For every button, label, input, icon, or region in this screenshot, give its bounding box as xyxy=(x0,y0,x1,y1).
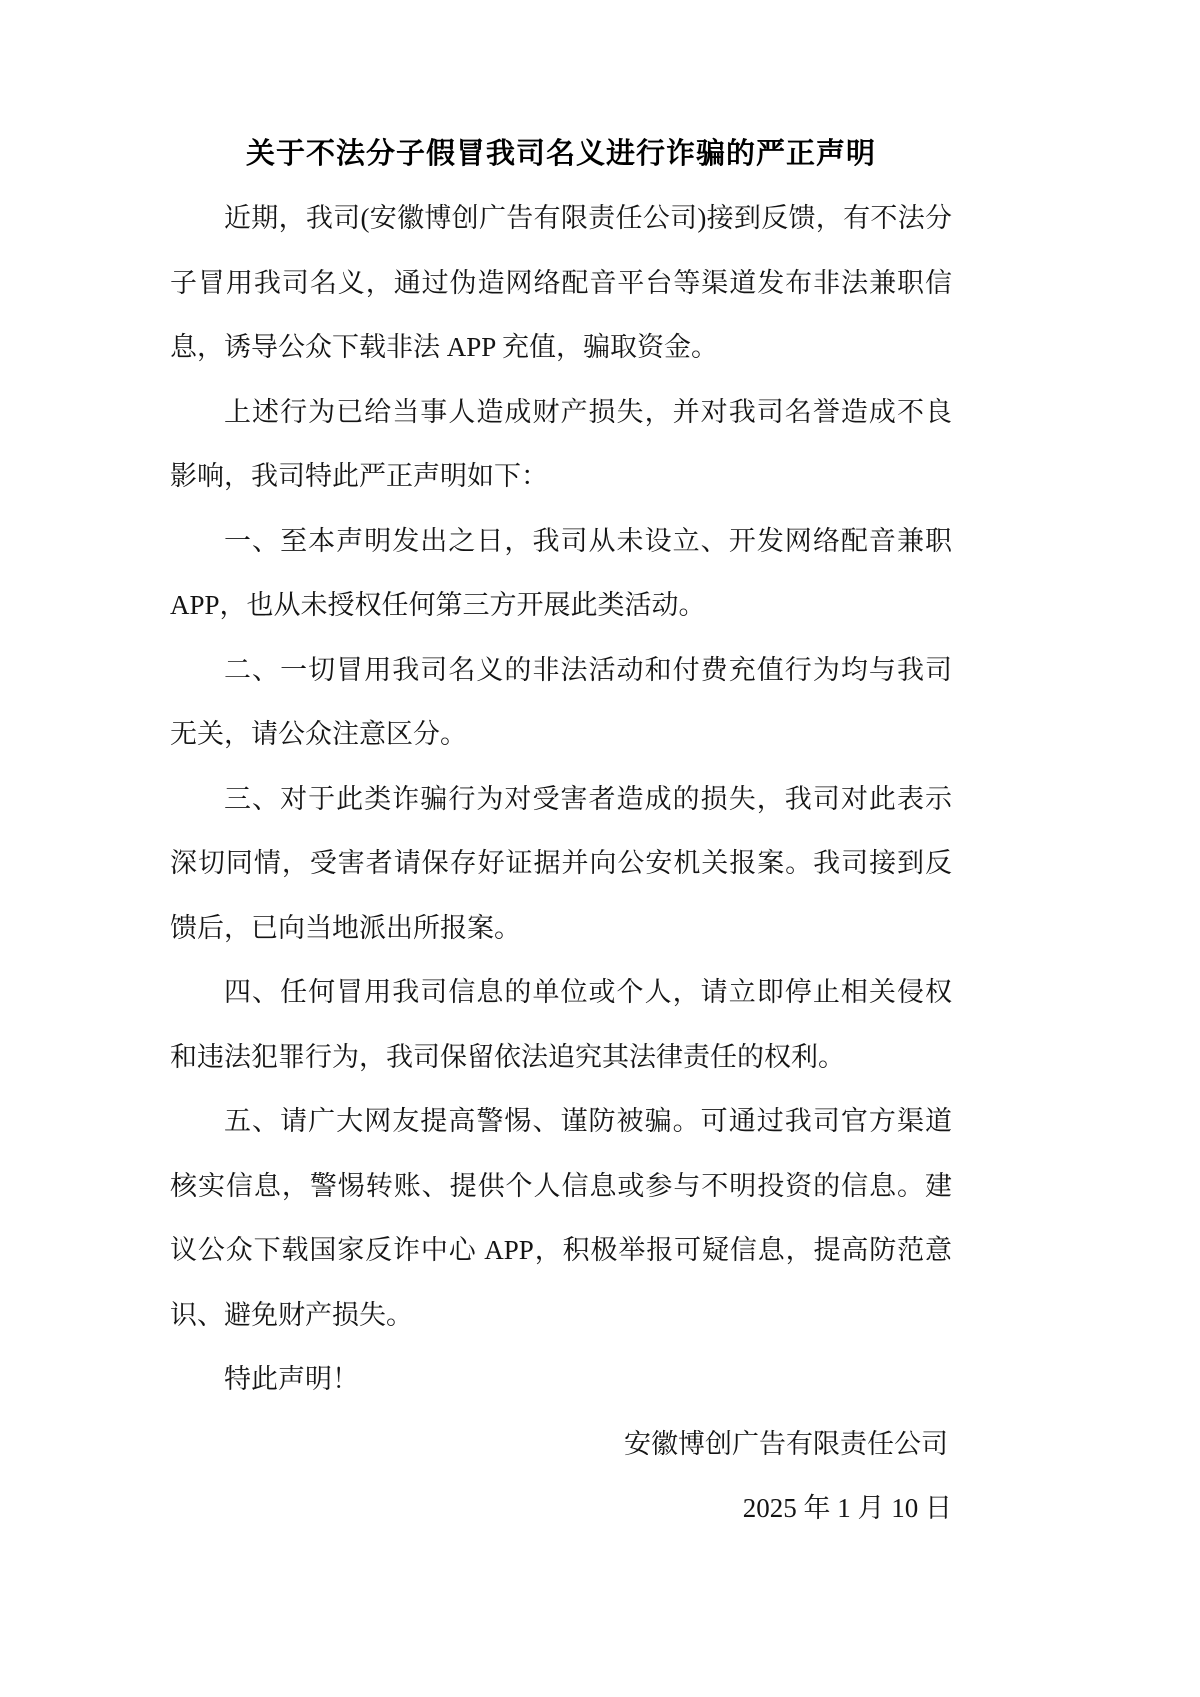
statement-paragraph-item-1: 一、至本声明发出之日，我司从未设立、开发网络配音兼职 APP，也从未授权任何第三… xyxy=(170,509,952,638)
statement-paragraph-item-2: 二、一切冒用我司名义的非法活动和付费充值行为均与我司无关，请公众注意区分。 xyxy=(170,638,952,767)
statement-paragraph-item-3: 三、对于此类诈骗行为对受害者造成的损失，我司对此表示深切同情，受害者请保存好证据… xyxy=(170,767,952,961)
document-page: 关于不法分子假冒我司名义进行诈骗的严正声明 近期，我司(安徽博创广告有限责任公司… xyxy=(0,0,1200,1697)
statement-paragraph-preamble: 上述行为已给当事人造成财产损失，并对我司名誉造成不良影响，我司特此严正声明如下： xyxy=(170,380,952,509)
document-title: 关于不法分子假冒我司名义进行诈骗的严正声明 xyxy=(170,122,952,186)
signature-company: 安徽博创广告有限责任公司 xyxy=(170,1412,952,1477)
statement-paragraph-item-5: 五、请广大网友提高警惕、谨防被骗。可通过我司官方渠道核实信息，警惕转账、提供个人… xyxy=(170,1089,952,1347)
statement-paragraph-intro: 近期，我司(安徽博创广告有限责任公司)接到反馈，有不法分子冒用我司名义，通过伪造… xyxy=(170,186,952,380)
document-content: 关于不法分子假冒我司名义进行诈骗的严正声明 近期，我司(安徽博创广告有限责任公司… xyxy=(170,122,952,1541)
statement-paragraph-item-4: 四、任何冒用我司信息的单位或个人，请立即停止相关侵权和违法犯罪行为，我司保留依法… xyxy=(170,960,952,1089)
signature-date: 2025 年 1 月 10 日 xyxy=(170,1476,952,1541)
closing-line: 特此声明！ xyxy=(170,1347,952,1412)
